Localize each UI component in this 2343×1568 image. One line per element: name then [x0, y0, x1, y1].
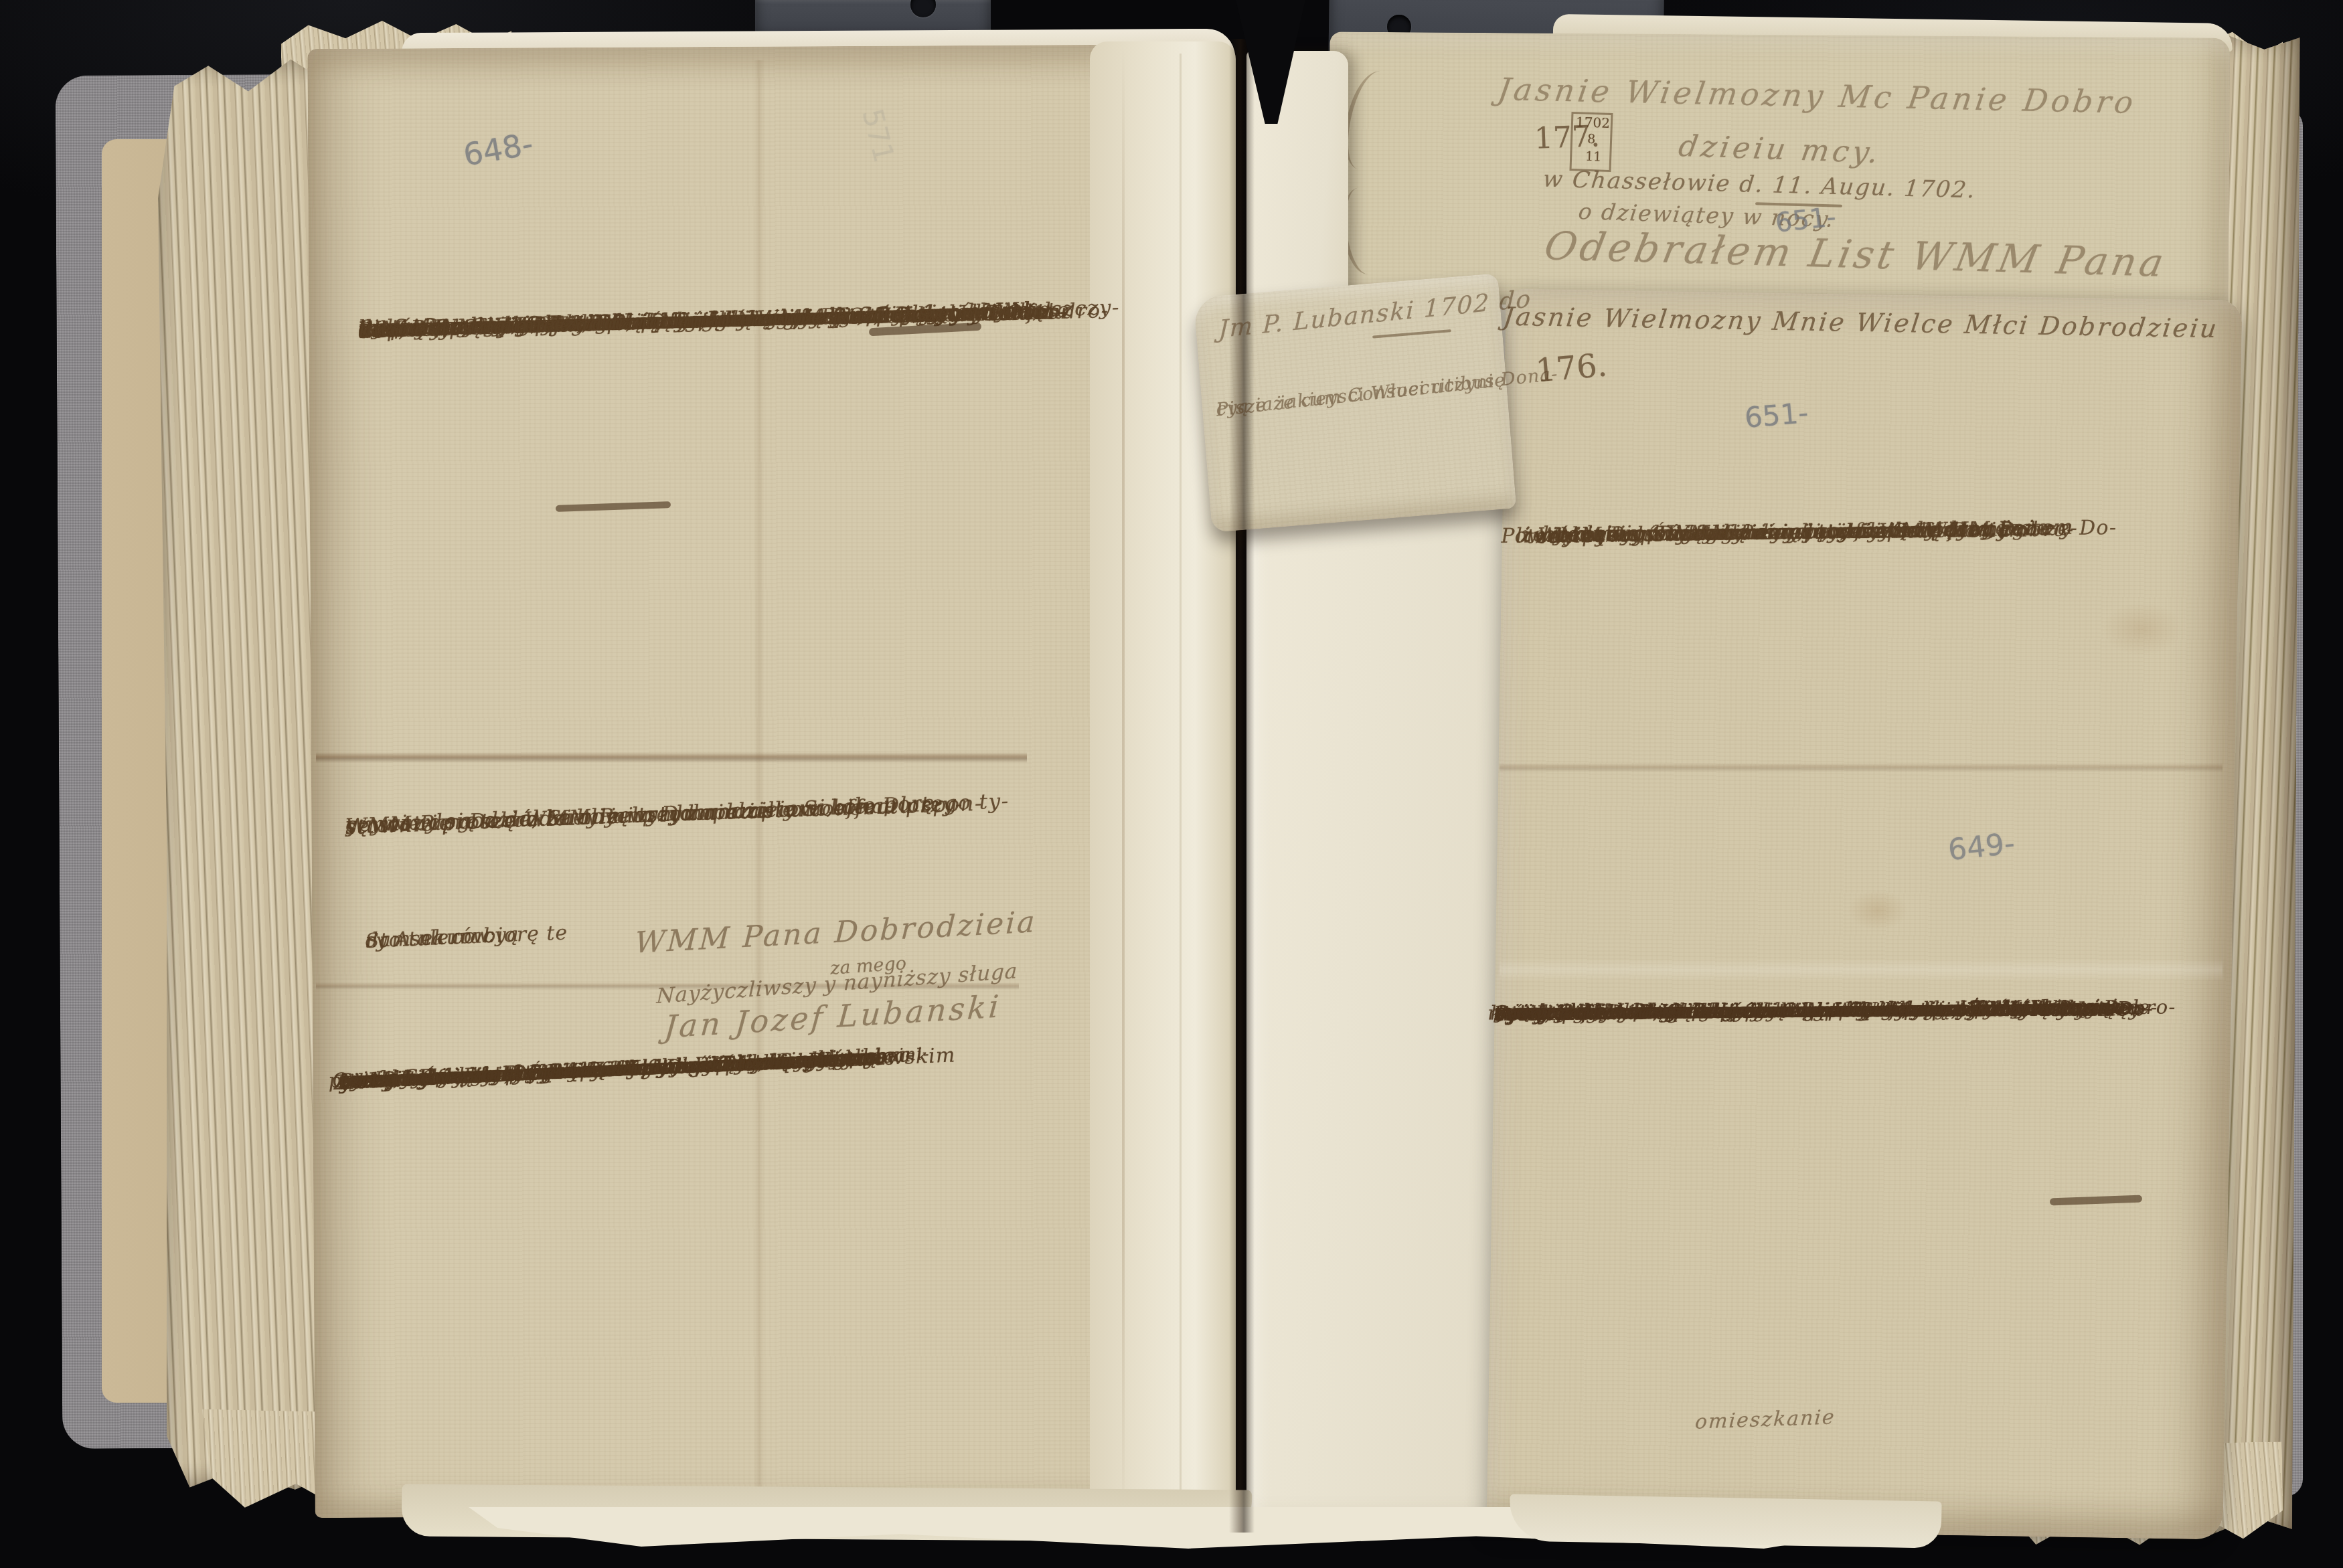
pencil-folio-649: 649-: [1947, 826, 2017, 867]
gutter-pages-left: [1090, 41, 1236, 1531]
gutter-fold-line-1: [1122, 47, 1125, 1526]
paper-stain: [2102, 602, 2182, 656]
manuscript-photo: 648- 571 iakom WMWM Panu Dobrodzieiowi o…: [0, 0, 2343, 1568]
handwritten-line: ięcie przytomnie zarutzki spiszę: [1587, 520, 1943, 546]
ink-underline: [1372, 329, 1451, 338]
catchword: omieszkanie: [1694, 1405, 1836, 1433]
entry-number-176: 176.: [1534, 346, 1609, 389]
header-salutation-line2: dzieiu mcy.: [1676, 129, 1884, 170]
left-page-vertical-fold: [754, 60, 764, 1499]
handwritten-line: mam trzy: [773, 1046, 877, 1074]
gutter-crease-shadow: [1229, 39, 1255, 1533]
handwritten-line: cyą ia iakieysci Włoci uczynię: [1214, 365, 1507, 426]
left-page-crease-1: [316, 752, 1027, 763]
slip-text-group: Jm P. Lubanski 1702 do Pisze że cum Cons…: [1194, 273, 1517, 532]
gutter-fold-line-2: [1180, 54, 1182, 1519]
letter-page-crease: [1500, 763, 2223, 772]
date-box: 1702 8 11: [1569, 112, 1613, 172]
date-box-year: 1702: [1576, 114, 1611, 131]
paper-stain: [1848, 890, 1908, 930]
date-box-month: 8: [1587, 132, 1596, 147]
slip-heading: Jm P. Lubanski 1702 do: [1218, 285, 1532, 343]
pencil-folio-651-mid: 651-: [1743, 396, 1809, 434]
left-page: [307, 45, 1118, 1518]
page-bottom-deckle-right: [1509, 1494, 1941, 1548]
letter-page-fold-highlight: [1500, 958, 2223, 981]
date-box-day: 11: [1585, 149, 1602, 165]
